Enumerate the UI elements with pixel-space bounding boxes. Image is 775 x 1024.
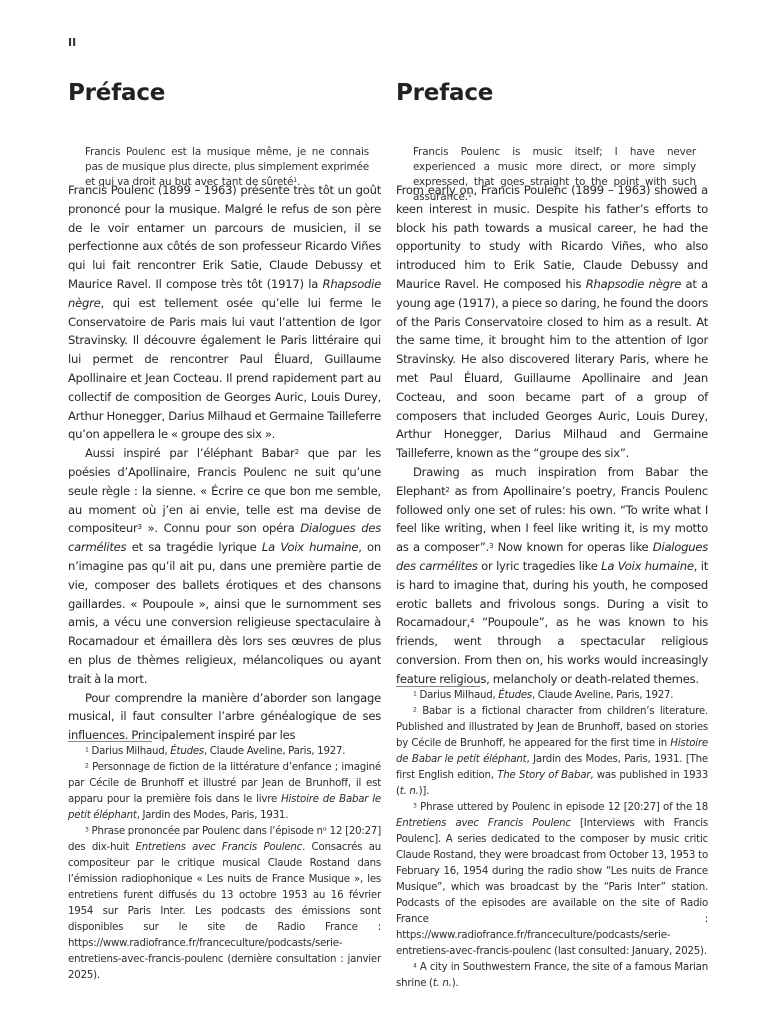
italic-title: Entretiens avec Francis Poulenc xyxy=(396,818,571,829)
italic-title: t. n. xyxy=(433,978,452,989)
text-run: ». Connu pour son opéra xyxy=(142,521,301,535)
footnote-number: 3 xyxy=(85,826,89,833)
footnote-separator xyxy=(68,741,152,742)
paragraph: Drawing as much inspiration from Babar t… xyxy=(396,463,708,689)
footnote: 2 Babar is a fictional character from ch… xyxy=(396,704,708,800)
text-run: , qui est tellement osée qu’elle lui fer… xyxy=(68,296,381,442)
text-run: From early on, Francis Poulenc (1899 – 1… xyxy=(396,183,708,291)
text-run: Francis Poulenc (1899 – 1963) présente t… xyxy=(68,183,381,291)
text-run: Babar is a fictional character from chil… xyxy=(396,706,708,749)
italic-title: Entretiens avec Francis Poulenc xyxy=(135,842,302,853)
paragraph: Pour comprendre la manière d’aborder son… xyxy=(68,689,381,745)
footnote-separator xyxy=(396,686,480,687)
paragraph: Aussi inspiré par l’éléphant Babar2 que … xyxy=(68,444,381,688)
page-number: II xyxy=(68,36,76,49)
text-run: or lyric tragedies like xyxy=(478,559,602,573)
text-run: , Claude Aveline, Paris, 1927. xyxy=(204,746,345,757)
footnote: 2 Personnage de fiction de la littératur… xyxy=(68,760,381,824)
italic-title: The Story of Babar xyxy=(497,770,590,781)
footnote-number: 4 xyxy=(413,962,417,969)
footnote: 1 Darius Milhaud, Études, Claude Aveline… xyxy=(68,744,381,760)
footnote-number: 1 xyxy=(413,690,417,697)
italic-title: La Voix humaine xyxy=(601,559,694,573)
text-run: ). xyxy=(452,978,459,989)
footnote-number: 2 xyxy=(85,762,89,769)
footnote-number: 2 xyxy=(413,706,417,713)
text-run: et sa tragédie lyrique xyxy=(126,540,262,554)
text-run: at a young age (1917), a piece so daring… xyxy=(396,277,708,460)
body-text-english: From early on, Francis Poulenc (1899 – 1… xyxy=(396,181,708,689)
paragraph: Francis Poulenc (1899 – 1963) présente t… xyxy=(68,181,381,444)
text-run: [Interviews with Francis Poulenc]. A ser… xyxy=(396,818,708,957)
text-run: Pour comprendre la manière d’aborder son… xyxy=(68,691,381,743)
italic-title: Études xyxy=(498,690,532,701)
text-run: )]. xyxy=(419,786,430,797)
italic-title: La Voix humaine xyxy=(262,540,358,554)
footnote-number: 3 xyxy=(413,802,417,809)
footnote: 4 A city in Southwestern France, the sit… xyxy=(396,960,708,992)
footnote: 1 Darius Milhaud, Études, Claude Aveline… xyxy=(396,688,708,704)
text-run: Phrase uttered by Poulenc in episode 12 … xyxy=(420,802,708,813)
text-run: . Consacrés au compositeur par le critiq… xyxy=(68,842,381,981)
footnote: 3 Phrase prononcée par Poulenc dans l’ép… xyxy=(68,824,381,984)
footnotes-french: 1 Darius Milhaud, Études, Claude Aveline… xyxy=(68,744,381,984)
text-run: Darius Milhaud, xyxy=(91,746,170,757)
text-run: Darius Milhaud, xyxy=(419,690,498,701)
footnotes-english: 1 Darius Milhaud, Études, Claude Aveline… xyxy=(396,688,708,992)
text-run: Aussi inspiré par l’éléphant Babar xyxy=(85,446,295,460)
italic-title: Études xyxy=(170,746,204,757)
text-run: , Claude Aveline, Paris, 1927. xyxy=(532,690,673,701)
italic-title: Rhapsodie nègre xyxy=(586,277,681,291)
italic-title: t. n. xyxy=(400,786,419,797)
page-title-french: Préface xyxy=(68,80,165,106)
text-run: Now known for operas like xyxy=(493,540,653,554)
text-run: , on n’imagine pas qu’il ait pu, dans un… xyxy=(68,540,381,686)
page-title-english: Preface xyxy=(396,80,493,106)
text-run: , Jardin des Modes, Paris, 1931. xyxy=(137,810,289,821)
footnote-number: 1 xyxy=(85,746,89,753)
footnote: 3 Phrase uttered by Poulenc in episode 1… xyxy=(396,800,708,960)
body-text-french: Francis Poulenc (1899 – 1963) présente t… xyxy=(68,181,381,745)
paragraph: From early on, Francis Poulenc (1899 – 1… xyxy=(396,181,708,463)
